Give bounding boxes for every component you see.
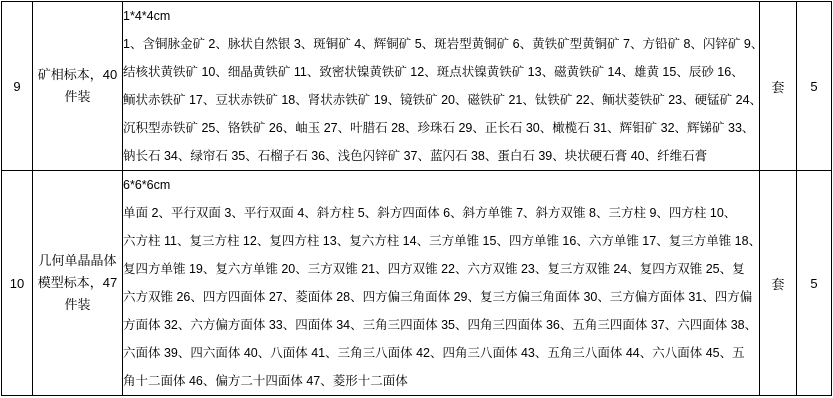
specimen-spec-table: 9 矿相标本，40 件装 1*4*4cm 1、含铜脉金矿 2、脉状自然银 3、斑… <box>1 1 832 396</box>
item-description: 6*6*6cm 单面 2、平行双面 3、平行双面 4、斜方柱 5、斜方四面体 6… <box>123 171 760 396</box>
description-line: 六面体 39、四六面体 40、八面体 41、三角三八面体 42、四角三八面体 4… <box>123 339 759 367</box>
description-size-line: 6*6*6cm <box>123 171 759 199</box>
document-page: 9 矿相标本，40 件装 1*4*4cm 1、含铜脉金矿 2、脉状自然银 3、斑… <box>0 1 833 398</box>
row-number: 10 <box>2 171 33 396</box>
unit-cell: 套 <box>760 171 797 396</box>
description-line: 六方双锥 26、四方四面体 27、菱面体 28、四方偏三角面体 29、复三方偏三… <box>123 283 759 311</box>
description-line: 沉积型赤铁矿 25、铬铁矿 26、岫玉 27、叶腊石 28、珍珠石 29、正长石… <box>123 114 759 142</box>
description-line: 单面 2、平行双面 3、平行双面 4、斜方柱 5、斜方四面体 6、斜方单锥 7、… <box>123 199 759 227</box>
description-line: 角十二面体 46、偏方二十四面体 47、菱形十二面体 <box>123 367 759 395</box>
item-name: 矿相标本，40 件装 <box>33 2 123 171</box>
quantity-cell: 5 <box>797 2 832 171</box>
description-size-line: 1*4*4cm <box>123 2 759 30</box>
description-line: 1、含铜脉金矿 2、脉状自然银 3、斑铜矿 4、辉铜矿 5、斑岩型黄铜矿 6、黄… <box>123 30 759 58</box>
item-description: 1*4*4cm 1、含铜脉金矿 2、脉状自然银 3、斑铜矿 4、辉铜矿 5、斑岩… <box>123 2 760 171</box>
description-line: 复四方单锥 19、复六方单锥 20、三方双锥 21、四方双锥 22、六方双锥 2… <box>123 255 759 283</box>
item-name: 几何单晶晶体模型标本，47 件装 <box>33 171 123 396</box>
description-line: 方面体 32、六方偏方面体 33、四面体 34、三角三四面体 35、四角三四面体… <box>123 311 759 339</box>
table-row-10: 10 几何单晶晶体模型标本，47 件装 6*6*6cm 单面 2、平行双面 3、… <box>2 171 832 396</box>
description-line: 六方柱 11、复三方柱 12、复四方柱 13、复六方柱 14、三方单锥 15、四… <box>123 227 759 255</box>
quantity-cell: 5 <box>797 171 832 396</box>
description-line: 鲕状赤铁矿 17、豆状赤铁矿 18、肾状赤铁矿 19、镜铁矿 20、磁铁矿 21… <box>123 86 759 114</box>
unit-cell: 套 <box>760 2 797 171</box>
description-line: 钠长石 34、绿帘石 35、石榴子石 36、浅色闪锌矿 37、蓝闪石 38、蛋白… <box>123 142 759 170</box>
row-number: 9 <box>2 2 33 171</box>
table-row-9: 9 矿相标本，40 件装 1*4*4cm 1、含铜脉金矿 2、脉状自然银 3、斑… <box>2 2 832 171</box>
description-line: 结核状黄铁矿 10、细晶黄铁矿 11、致密状镍黄铁矿 12、斑点状镍黄铁矿 13… <box>123 58 759 86</box>
